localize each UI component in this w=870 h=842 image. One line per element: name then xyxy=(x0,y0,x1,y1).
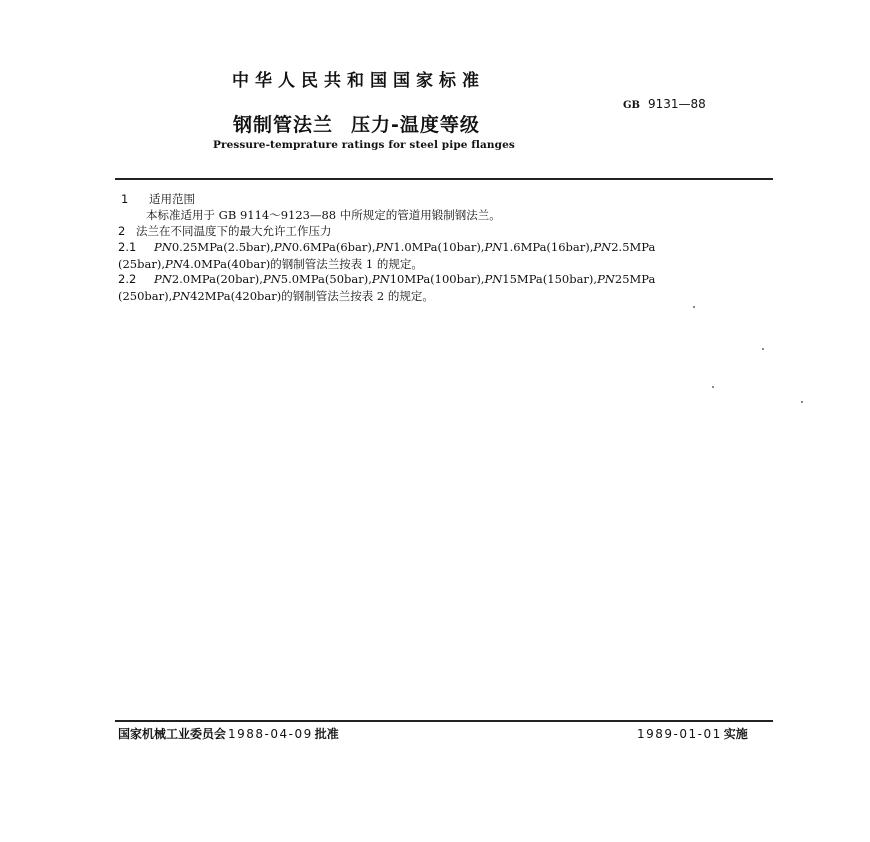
document-title-cn: 钢制管法兰压力-温度等级 xyxy=(233,110,480,137)
nominal-pressure-symbol: PN xyxy=(165,257,183,271)
section-2-2-line-1: 2.2PN2.0MPa(20bar),PN5.0MPa(50bar),PN10M… xyxy=(118,272,655,286)
nominal-pressure-symbol: PN xyxy=(154,272,172,286)
section-2-2-number: 2.2 xyxy=(118,272,154,286)
text-segment: 1.6MPa(16bar), xyxy=(502,240,593,254)
text-segment: 0.6MPa(6bar), xyxy=(292,240,376,254)
standard-number: 9131—88 xyxy=(648,97,706,111)
text-segment: (25bar), xyxy=(118,257,165,271)
nominal-pressure-symbol: PN xyxy=(372,272,390,286)
effective-date: 1989-01-01 xyxy=(637,727,722,741)
section-2-2-line-2: (250bar),PN42MPa(420bar)的钢制管法兰按表 2 的规定。 xyxy=(118,288,434,304)
nominal-pressure-symbol: PN xyxy=(154,240,172,254)
text-segment: 25MPa xyxy=(615,272,656,286)
section-2-number: 2 xyxy=(118,224,136,238)
section-2-1-text-2: (25bar),PN4.0MPa(40bar)的钢制管法兰按表 1 的规定。 xyxy=(118,257,423,271)
approving-authority: 国家机械工业委员会 xyxy=(118,727,226,741)
scan-speck xyxy=(712,386,714,388)
section-2-heading: 2法兰在不同温度下的最大允许工作压力 xyxy=(118,223,332,239)
text-segment: 4.0MPa(40bar)的钢制管法兰按表 1 的规定。 xyxy=(183,257,423,271)
section-2-title: 法兰在不同温度下的最大允许工作压力 xyxy=(136,224,332,238)
title-cn-part2: 压力-温度等级 xyxy=(351,114,480,136)
scan-speck xyxy=(801,401,803,403)
nominal-pressure-symbol: PN xyxy=(597,272,615,286)
nominal-pressure-symbol: PN xyxy=(263,272,281,286)
section-2-1-text-1: PN0.25MPa(2.5bar),PN0.6MPa(6bar),PN1.0MP… xyxy=(154,240,655,254)
section-1-title: 适用范围 xyxy=(149,192,195,206)
text-segment: 5.0MPa(50bar), xyxy=(281,272,372,286)
document-title-en: Pressure-temprature ratings for steel pi… xyxy=(213,139,515,151)
text-segment: (250bar), xyxy=(118,289,172,303)
standard-code: GB9131—88 xyxy=(623,97,706,111)
nominal-pressure-symbol: PN xyxy=(376,240,394,254)
scan-speck xyxy=(762,348,764,350)
section-2-1-line-2: (25bar),PN4.0MPa(40bar)的钢制管法兰按表 1 的规定。 xyxy=(118,256,423,272)
text-segment: 15MPa(150bar), xyxy=(502,272,597,286)
national-standard-heading: 中华人民共和国国家标准 xyxy=(232,66,485,91)
scan-speck xyxy=(693,306,695,308)
text-segment: 2.5MPa xyxy=(611,240,655,254)
nominal-pressure-symbol: PN xyxy=(593,240,611,254)
section-2-2-text-2: (250bar),PN42MPa(420bar)的钢制管法兰按表 2 的规定。 xyxy=(118,289,434,303)
header-divider xyxy=(115,178,773,180)
text-segment: 0.25MPa(2.5bar), xyxy=(172,240,274,254)
section-1-number: 1 xyxy=(121,192,149,206)
text-segment: 1.0MPa(10bar), xyxy=(393,240,484,254)
section-1-body: 本标准适用于 GB 9114～9123—88 中所规定的管道用锻制钢法兰。 xyxy=(146,207,501,223)
nominal-pressure-symbol: PN xyxy=(484,240,502,254)
section-2-1-number: 2.1 xyxy=(118,240,154,254)
section-2-1-line-1: 2.1PN0.25MPa(2.5bar),PN0.6MPa(6bar),PN1.… xyxy=(118,240,655,254)
nominal-pressure-symbol: PN xyxy=(274,240,292,254)
text-segment: 2.0MPa(20bar), xyxy=(172,272,263,286)
section-1-heading: 1适用范围 xyxy=(121,191,195,207)
nominal-pressure-symbol: PN xyxy=(484,272,502,286)
standard-prefix: GB xyxy=(623,100,640,111)
effective-line: 1989-01-01实施 xyxy=(637,725,748,742)
title-cn-part1: 钢制管法兰 xyxy=(233,114,333,136)
nominal-pressure-symbol: PN xyxy=(172,289,190,303)
effective-label: 实施 xyxy=(724,727,748,741)
text-segment: 42MPa(420bar)的钢制管法兰按表 2 的规定。 xyxy=(190,289,434,303)
footer-divider xyxy=(115,720,773,722)
section-2-2-text-1: PN2.0MPa(20bar),PN5.0MPa(50bar),PN10MPa(… xyxy=(154,272,655,286)
approval-line: 国家机械工业委员会1988-04-09批准 xyxy=(118,725,339,742)
approval-date: 1988-04-09 xyxy=(228,727,313,741)
text-segment: 10MPa(100bar), xyxy=(390,272,485,286)
approval-label: 批准 xyxy=(315,727,339,741)
